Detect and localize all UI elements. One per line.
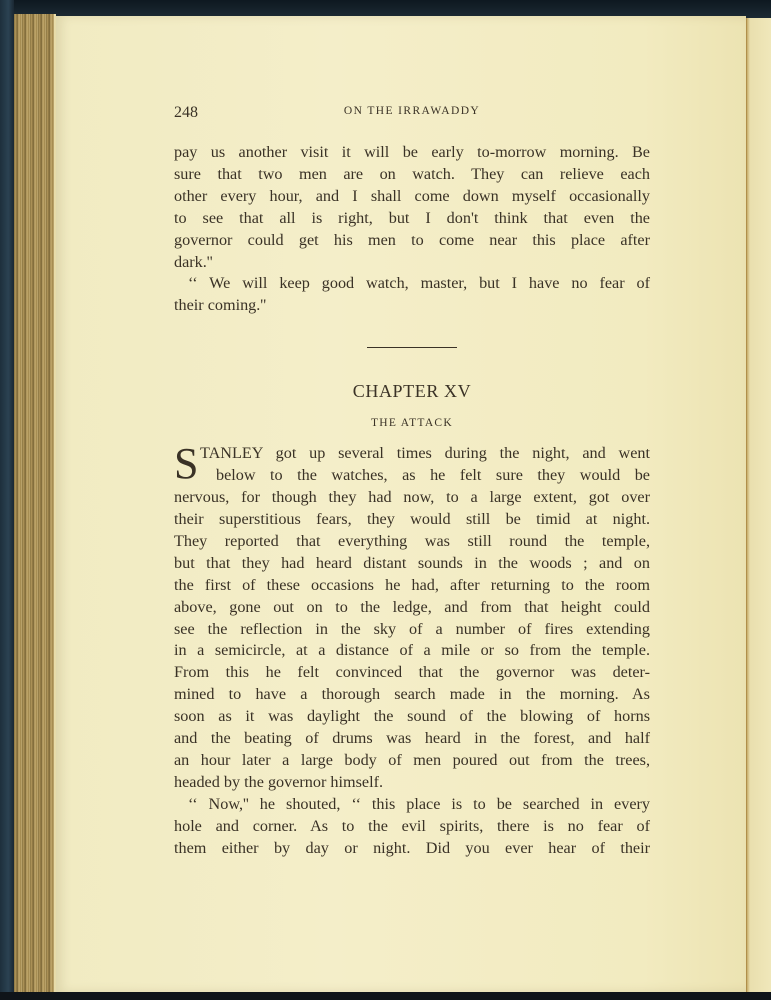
- text-line: soon as it was daylight the sound of the…: [174, 706, 650, 728]
- text-line: the first of these occasions he had, aft…: [174, 575, 650, 597]
- continuation-paragraph-1: pay us another visit it will be early to…: [174, 142, 650, 273]
- text-line: and the beating of drums was heard in th…: [174, 728, 650, 750]
- text-line: in a semicircle, at a distance of a mile…: [174, 640, 650, 662]
- text-line: pay us another visit it will be early to…: [174, 142, 650, 164]
- chapter-paragraph-2: ‘‘ Now,'' he shouted, ‘‘ this place is t…: [174, 794, 650, 860]
- text-line: sure that two men are on watch. They can…: [174, 164, 650, 186]
- text-line: From this he felt convinced that the gov…: [174, 662, 650, 684]
- running-title: ON THE IRRAWADDY: [174, 105, 650, 117]
- text-line: them either by day or night. Did you eve…: [174, 838, 650, 860]
- continuation-paragraph-2: ‘‘ We will keep good watch, master, but …: [174, 273, 650, 317]
- chapter-paragraph-1: S TANLEY got up several times during the…: [174, 443, 650, 794]
- text-line: dark.'': [174, 252, 650, 274]
- text-line: mined to have a thorough search made in …: [174, 684, 650, 706]
- text-line: other every hour, and I shall come down …: [174, 186, 650, 208]
- text-line: hole and corner. As to the evil spirits,…: [174, 816, 650, 838]
- text-line: TANLEY got up several times during the n…: [174, 443, 650, 465]
- text-line: ‘‘ Now,'' he shouted, ‘‘ this place is t…: [174, 794, 650, 816]
- text-line: see the reflection in the sky of a numbe…: [174, 619, 650, 641]
- page-text: 248 ON THE IRRAWADDY pay us another visi…: [174, 104, 650, 859]
- chapter-title: CHAPTER XV: [174, 381, 650, 402]
- facing-page-edge: [746, 18, 771, 993]
- text-line: their coming.'': [174, 295, 650, 317]
- book-cover-bottom: [0, 992, 771, 1000]
- text-line: an hour later a large body of men poured…: [174, 750, 650, 772]
- text-line: but that they had heard distant sounds i…: [174, 553, 650, 575]
- section-divider: [367, 347, 457, 348]
- text-line: They reported that everything was still …: [174, 531, 650, 553]
- page-edges: [14, 14, 56, 992]
- book-cover-spine: [0, 0, 14, 1000]
- text-line: below to the watches, as he felt sure th…: [174, 465, 650, 487]
- text-line: ‘‘ We will keep good watch, master, but …: [174, 273, 650, 295]
- text-line: headed by the governor himself.: [174, 772, 650, 794]
- text-line: their superstitious fears, they would st…: [174, 509, 650, 531]
- text-line: to see that all is right, but I don't th…: [174, 208, 650, 230]
- text-line: nervous, for though they had now, to a l…: [174, 487, 650, 509]
- chapter-subtitle: THE ATTACK: [174, 417, 650, 429]
- running-head: 248 ON THE IRRAWADDY: [174, 104, 650, 126]
- drop-cap: S: [174, 444, 198, 484]
- text-line: above, gone out on to the ledge, and fro…: [174, 597, 650, 619]
- text-line: governor could get his men to come near …: [174, 230, 650, 252]
